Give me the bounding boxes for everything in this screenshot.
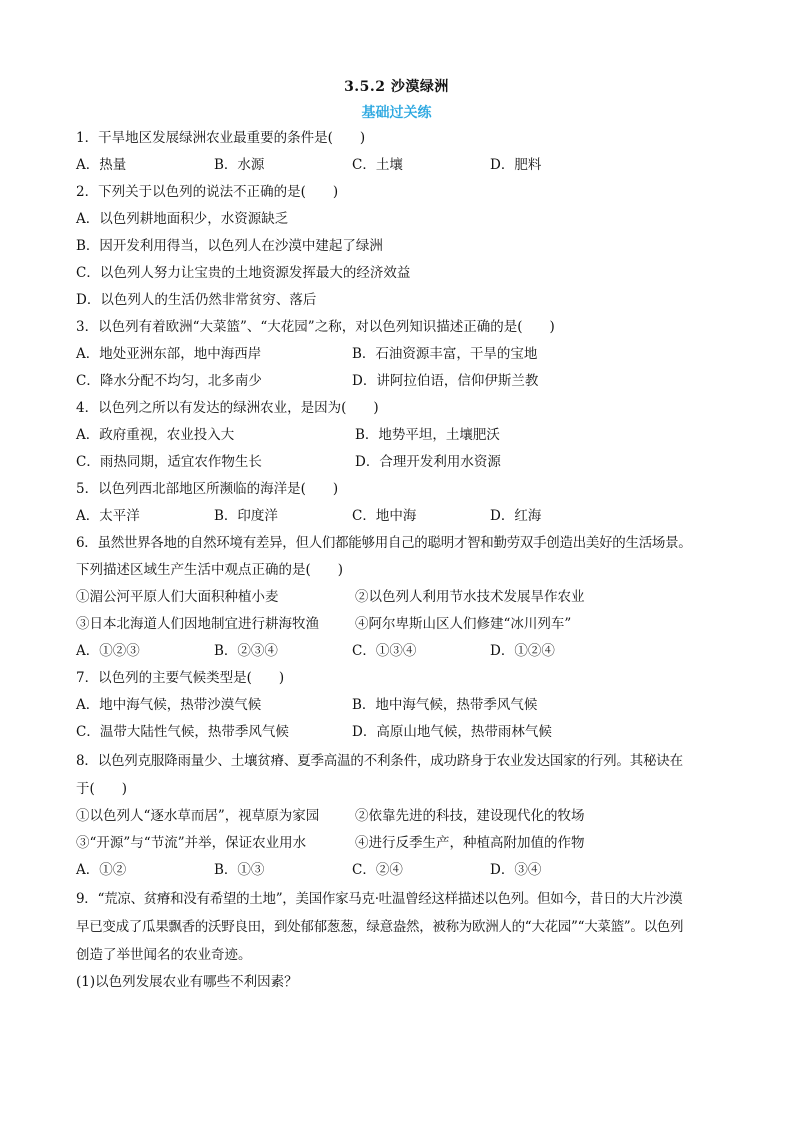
question-5-stem: 5．以色列西北部地区所濒临的海洋是( ) [76, 479, 338, 499]
question-6-item-4: ④阿尔卑斯山区人们修建“冰川列车” [355, 614, 571, 634]
question-1-stem: 1．干旱地区发展绿洲农业最重要的条件是( ) [76, 128, 365, 148]
question-2-stem: 2．下列关于以色列的说法不正确的是( ) [76, 182, 338, 202]
question-3-stem: 3．以色列有着欧洲“大菜篮”、“大花园”之称，对以色列知识描述正确的是( ) [76, 317, 555, 337]
document-page: 3.5.2 沙漠绿洲 基础过关练 1．干旱地区发展绿洲农业最重要的条件是( ) … [0, 0, 793, 1122]
question-4-option-c: C．雨热同期，适宜农作物生长 [76, 452, 262, 472]
question-2-option-c: C．以色列人努力让宝贵的土地资源发挥最大的经济效益 [76, 263, 410, 283]
question-2-option-a: A．以色列耕地面积少，水资源缺乏 [76, 209, 288, 229]
question-7-option-b: B．地中海气候，热带季风气候 [352, 695, 537, 715]
question-6-stem-line-2: 下列描述区域生产生活中观点正确的是( ) [76, 560, 343, 580]
question-5-option-b: B．印度洋 [214, 506, 278, 526]
question-4-option-a: A．政府重视，农业投入大 [76, 425, 234, 445]
question-5-option-d: D．红海 [490, 506, 541, 526]
question-7-stem: 7．以色列的主要气候类型是( ) [76, 668, 284, 688]
question-6-item-1: ①湄公河平原人们大面积种植小麦 [76, 587, 279, 607]
question-4-option-b: B．地势平坦，土壤肥沃 [355, 425, 500, 445]
question-8-stem-line-1: 8．以色列克服降雨量少、土壤贫瘠、夏季高温的不利条件，成功跻身于农业发达国家的行… [76, 751, 683, 771]
question-2-option-d: D．以色列人的生活仍然非常贫穷、落后 [76, 290, 316, 310]
question-9-subquestion-1: (1)以色列发展农业有哪些不利因素？ [76, 972, 298, 992]
question-8-option-c: C．②④ [352, 860, 403, 880]
question-1-option-c: C．土壤 [352, 155, 403, 175]
question-3-option-a: A．地处亚洲东部，地中海西岸 [76, 344, 261, 364]
question-7-option-c: C．温带大陆性气候，热带季风气候 [76, 722, 289, 742]
question-6-item-2: ②以色列人利用节水技术发展旱作农业 [355, 587, 585, 607]
question-6-option-d: D．①②④ [490, 641, 555, 661]
question-2-option-b: B．因开发利用得当，以色列人在沙漠中建起了绿洲 [76, 236, 383, 256]
question-3-option-d: D．讲阿拉伯语，信仰伊斯兰教 [352, 371, 538, 391]
question-9-stem-line-1: 9．“荒凉、贫瘠和没有希望的土地”，美国作家马克·吐温曾经这样描述以色列。但如今… [76, 889, 682, 909]
question-1-option-d: D．肥料 [490, 155, 541, 175]
question-5-option-c: C．地中海 [352, 506, 416, 526]
question-8-stem-line-2: 于( ) [76, 779, 127, 799]
question-7-option-a: A．地中海气候，热带沙漠气候 [76, 695, 261, 715]
question-6-option-a: A．①②③ [76, 641, 140, 661]
question-1-option-b: B．水源 [214, 155, 264, 175]
question-3-option-b: B．石油资源丰富，干旱的宝地 [352, 344, 537, 364]
document-title: 3.5.2 沙漠绿洲 [0, 76, 793, 96]
question-1-option-a: A．热量 [76, 155, 126, 175]
question-3-option-c: C．降水分配不均匀，北多南少 [76, 371, 262, 391]
question-6-option-b: B．②③④ [214, 641, 278, 661]
question-9-stem-line-3: 创造了举世闻名的农业奇迹。 [76, 945, 252, 965]
question-7-option-d: D．高原山地气候，热带雨林气候 [352, 722, 552, 742]
section-heading: 基础过关练 [0, 102, 793, 122]
question-4-option-d: D．合理开发利用水资源 [355, 452, 501, 472]
question-6-option-c: C．①③④ [352, 641, 416, 661]
question-8-item-3: ③“开源”与“节流”并举，保证农业用水 [76, 833, 306, 853]
question-8-option-b: B．①③ [214, 860, 264, 880]
question-8-option-d: D．③④ [490, 860, 541, 880]
question-9-stem-line-2: 早已变成了瓜果飘香的沃野良田，到处郁郁葱葱，绿意盎然，被称为欧洲人的“大花园”“… [76, 917, 683, 937]
question-8-option-a: A．①② [76, 860, 126, 880]
question-8-item-4: ④进行反季生产，种植高附加值的作物 [355, 833, 585, 853]
question-4-stem: 4．以色列之所以有发达的绿洲农业，是因为( ) [76, 398, 379, 418]
question-6-stem-line-1: 6．虽然世界各地的自然环境有差异，但人们都能够用自己的聪明才智和勤劳双手创造出美… [76, 533, 692, 553]
question-6-item-3: ③日本北海道人们因地制宜进行耕海牧渔 [76, 614, 319, 634]
question-8-item-2: ②依靠先进的科技，建设现代化的牧场 [355, 806, 585, 826]
question-8-item-1: ①以色列人“逐水草而居”，视草原为家园 [76, 806, 319, 826]
question-5-option-a: A．太平洋 [76, 506, 140, 526]
